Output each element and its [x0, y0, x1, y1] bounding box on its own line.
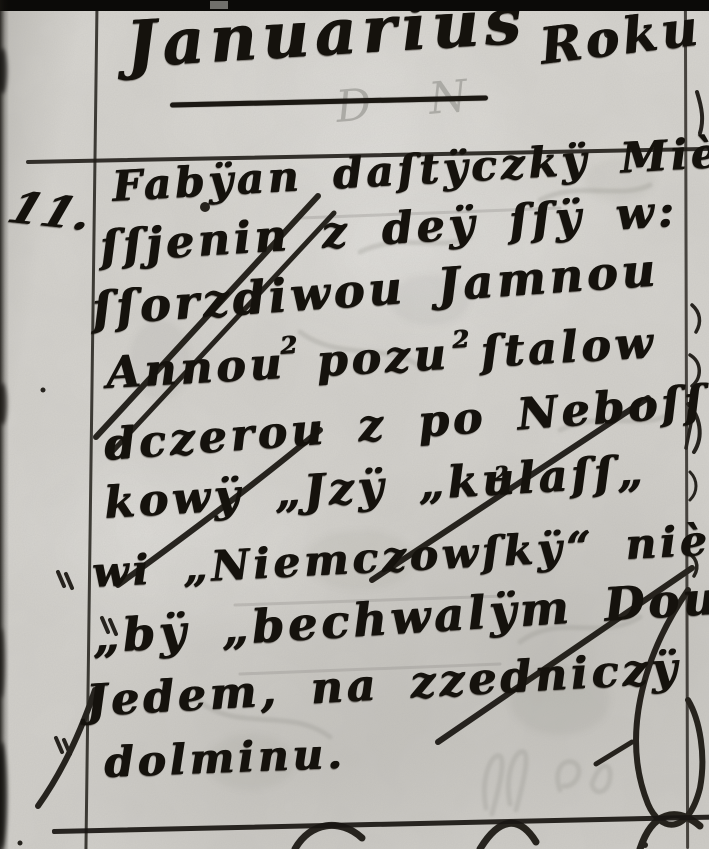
- row-rule-bottom: [52, 814, 709, 833]
- scan-top-edge-notch: [210, 1, 228, 9]
- manuscript-scan-page: Januarius Roku D N 11. Fabÿan daſtÿczkÿ …: [0, 0, 709, 849]
- superscript-mark-1: 2: [279, 333, 297, 358]
- scan-top-edge: [0, 0, 709, 11]
- header-year-label: Roku: [537, 2, 704, 71]
- superscript-mark-3: 2: [493, 463, 508, 484]
- entry-number: 11.: [2, 187, 100, 238]
- superscript-mark-2: 2: [451, 327, 469, 352]
- entry-line-10: dolminu.: [103, 733, 346, 784]
- header-month-title: Januarius: [124, 0, 528, 78]
